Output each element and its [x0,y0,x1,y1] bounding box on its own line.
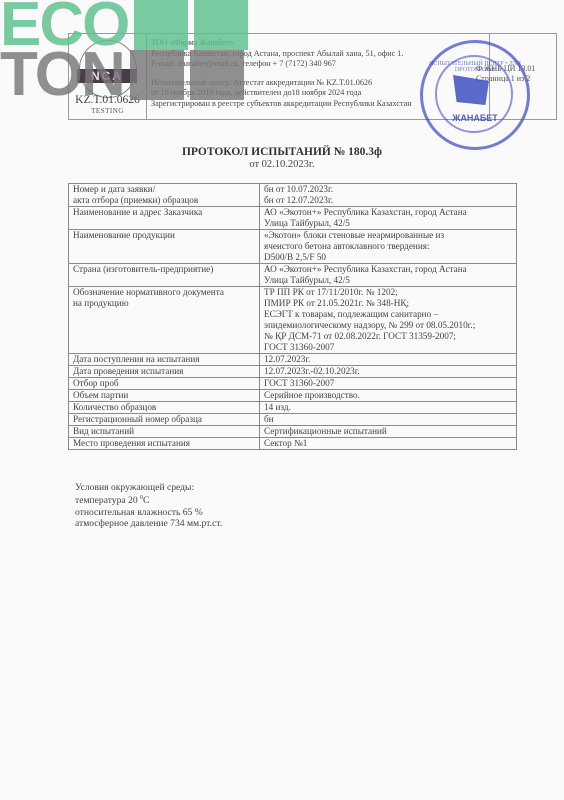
table-row: Наименование и адрес ЗаказчикаАО «Экотон… [69,207,517,230]
conditions-heading: Условия окружающей среды: [75,482,222,493]
table-row: Объем партииСерийное производство. [69,390,517,402]
row-value: ТР ПП РК от 17/11/2010г. № 1202;ПМИР РК … [260,287,517,354]
table-row: Место проведения испытанияСектор №1 [69,438,517,450]
table-row: Наименование продукции«Экотон» блоки сте… [69,230,517,264]
row-value: бн от 10.07.2023г.бн от 12.07.2023г. [260,184,517,207]
table-row: Вид испытанийСертификационные испытаний [69,426,517,438]
table-row: Регистрационный номер образцабн [69,414,517,426]
environment-conditions: Условия окружающей среды: температура 20… [75,482,222,529]
table-row: Страна (изготовитель-предприятие)АО «Эко… [69,264,517,287]
row-label: Обозначение нормативного документана про… [69,287,260,354]
row-value: Сертификационные испытаний [260,426,517,438]
nca-logo-icon: NCA [77,69,137,83]
row-label: Отбор проб [69,378,260,390]
row-label: Регистрационный номер образца [69,414,260,426]
table-row: Дата проведения испытания12.07.2023г.-02… [69,366,517,378]
testing-label: TESTING [69,107,146,115]
row-value: бн [260,414,517,426]
row-value: АО «Экотон+» Республика Казахстан, город… [260,264,517,287]
row-label: Дата проведения испытания [69,366,260,378]
row-value: «Экотон» блоки стеновые неармированные и… [260,230,517,264]
row-value: Сектор №1 [260,438,517,450]
row-label: Номер и дата заявки/акта отбора (приемки… [69,184,260,207]
accreditation-logo: NCA KZ.T.01.0626 TESTING [69,34,147,119]
row-label: Вид испытаний [69,426,260,438]
company-stamp: ИСПЫТАТЕЛЬНЫЙ ЦЕНТР • ДЛЯ ПРОТОКОЛОВ ЖАН… [420,40,530,150]
temperature: температура 20 0С [75,493,222,506]
row-label: Объем партии [69,390,260,402]
company-name: ТОО «Фирма Жанабет» [151,38,485,49]
pressure: атмосферное давление 734 мм.рт.ст. [75,518,222,529]
stamp-name: ЖАНАБЕТ [423,113,527,123]
table-row: Обозначение нормативного документана про… [69,287,517,354]
row-value: АО «Экотон+» Республика Казахстан, город… [260,207,517,230]
row-value: ГОСТ 31360-2007 [260,378,517,390]
row-value: Серийное производство. [260,390,517,402]
row-value: 12.07.2023г.-02.10.2023г. [260,366,517,378]
stamp-ring-text: ИСПЫТАТЕЛЬНЫЙ ЦЕНТР • ДЛЯ ПРОТОКОЛОВ [423,61,527,73]
accreditation-code: KZ.T.01.0626 [69,94,146,106]
row-label: Страна (изготовитель-предприятие) [69,264,260,287]
table-row: Отбор пробГОСТ 31360-2007 [69,378,517,390]
row-label: Количество образцов [69,402,260,414]
row-label: Дата поступления на испытания [69,354,260,366]
humidity: относительная влажность 65 % [75,507,222,518]
table-row: Номер и дата заявки/акта отбора (приемки… [69,184,517,207]
document-date: от 02.10.2023г. [0,159,564,170]
row-value: 12.07.2023г. [260,354,517,366]
row-label: Наименование и адрес Заказчика [69,207,260,230]
row-label: Наименование продукции [69,230,260,264]
table-row: Количество образцов14 изд. [69,402,517,414]
protocol-table: Номер и дата заявки/акта отбора (приемки… [68,183,517,450]
row-label: Место проведения испытания [69,438,260,450]
table-row: Дата поступления на испытания12.07.2023г… [69,354,517,366]
row-value: 14 изд. [260,402,517,414]
